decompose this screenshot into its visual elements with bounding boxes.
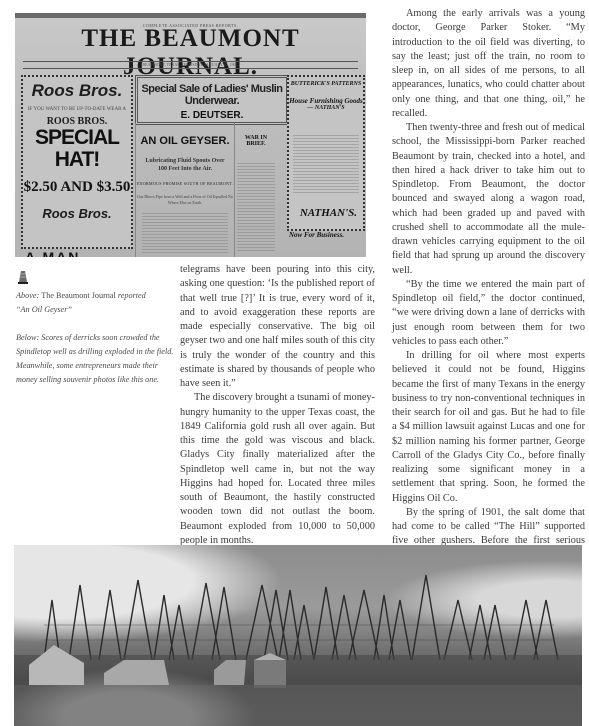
a-man-ad: A MAN bbox=[25, 249, 80, 257]
nathans-small: — NATHAN'S bbox=[289, 105, 363, 111]
derrick-silhouettes bbox=[14, 545, 582, 726]
beaumont-journal-photo: COMPLETE ASSOCIATED PRESS REPORTS. THE B… bbox=[15, 13, 366, 257]
nathans-large: NATHAN'S. bbox=[300, 207, 357, 219]
oil-geyser-story: AN OIL GEYSER. Lubricating Fluid Spouts … bbox=[135, 123, 235, 257]
article-column-middle: telegrams have been pouring into this ci… bbox=[180, 263, 375, 548]
oil-geyser-subhead: Lubricating Fluid Spouts Over 100 Feet I… bbox=[142, 157, 228, 173]
hat-price: $2.50 AND $3.50 bbox=[23, 179, 131, 196]
caption-above-quote: “An Oil Geyser” bbox=[16, 305, 72, 314]
house-furnishing-text: House Furnishing Goods bbox=[289, 97, 363, 105]
paragraph: “By the time we entered the main part of… bbox=[392, 278, 585, 349]
story-text-lines bbox=[142, 213, 228, 253]
paragraph: The discovery brought a tsunami of money… bbox=[180, 391, 375, 548]
oil-derrick-icon bbox=[18, 270, 28, 284]
article-column-right: Among the early arrivals was a young doc… bbox=[392, 7, 585, 563]
deutser-ad: Special Sale of Ladies' Muslin Underwear… bbox=[135, 75, 289, 125]
war-column-head: WAR IN BRIEF. bbox=[235, 135, 277, 147]
oil-geyser-headline: AN OIL GEYSER. bbox=[136, 135, 234, 147]
deutser-sale-text: Special Sale of Ladies' Muslin Underwear… bbox=[138, 83, 286, 107]
war-column: WAR IN BRIEF. bbox=[235, 123, 277, 257]
now-for-business: Now For Business. bbox=[289, 231, 344, 239]
caption-above-suffix: reported bbox=[116, 291, 146, 300]
oil-geyser-bar: ENORMOUS PROMISE SOUTH OF BEAUMONT. bbox=[136, 181, 234, 186]
caption-above-prefix: Above: bbox=[16, 291, 41, 300]
caption-below: Below: Scores of derricks soon crowded t… bbox=[16, 331, 174, 387]
caption-above: Above: The Beaumont Journal reported “An… bbox=[16, 289, 174, 317]
photo-top-edge bbox=[15, 13, 366, 18]
spindletop-derricks-photo bbox=[14, 545, 582, 726]
butterick-title: BUTTERICK'S PATTERNS bbox=[289, 81, 363, 87]
paragraph: Then twenty-three and fresh out of medic… bbox=[392, 121, 585, 278]
newspaper-masthead: THE BEAUMONT JOURNAL. bbox=[15, 25, 366, 81]
deutser-name: E. DEUTSER. bbox=[138, 110, 286, 121]
paragraph: Among the early arrivals was a young doc… bbox=[392, 7, 585, 121]
paragraph: In drilling for oil where most experts b… bbox=[392, 349, 585, 506]
roos-brand: Roos Bros. bbox=[23, 81, 131, 101]
newspaper-dateline: BEAUMONT, TEXAS, THURSDAY, JANUARY 10, 1… bbox=[23, 61, 358, 69]
roos-bros-ad: Roos Bros. IF YOU WANT TO BE UP-TO-DATE … bbox=[21, 75, 133, 249]
oil-geyser-deck: Gas Blows Pipe from a Well and a Flow of… bbox=[136, 194, 234, 206]
war-text-lines bbox=[237, 163, 275, 253]
paragraph: telegrams have been pouring into this ci… bbox=[180, 263, 375, 391]
special-hat-headline: SPECIAL HAT! bbox=[23, 127, 131, 171]
caption-newspaper-title: The Beaumont Journal bbox=[41, 291, 116, 300]
butterick-ad: BUTTERICK'S PATTERNS House Furnishing Go… bbox=[287, 75, 365, 231]
butterick-text-lines bbox=[293, 135, 359, 195]
roos-footer-brand: Roos Bros. bbox=[23, 206, 131, 221]
roos-small-text: IF YOU WANT TO BE UP-TO-DATE WEAR A bbox=[23, 107, 131, 112]
